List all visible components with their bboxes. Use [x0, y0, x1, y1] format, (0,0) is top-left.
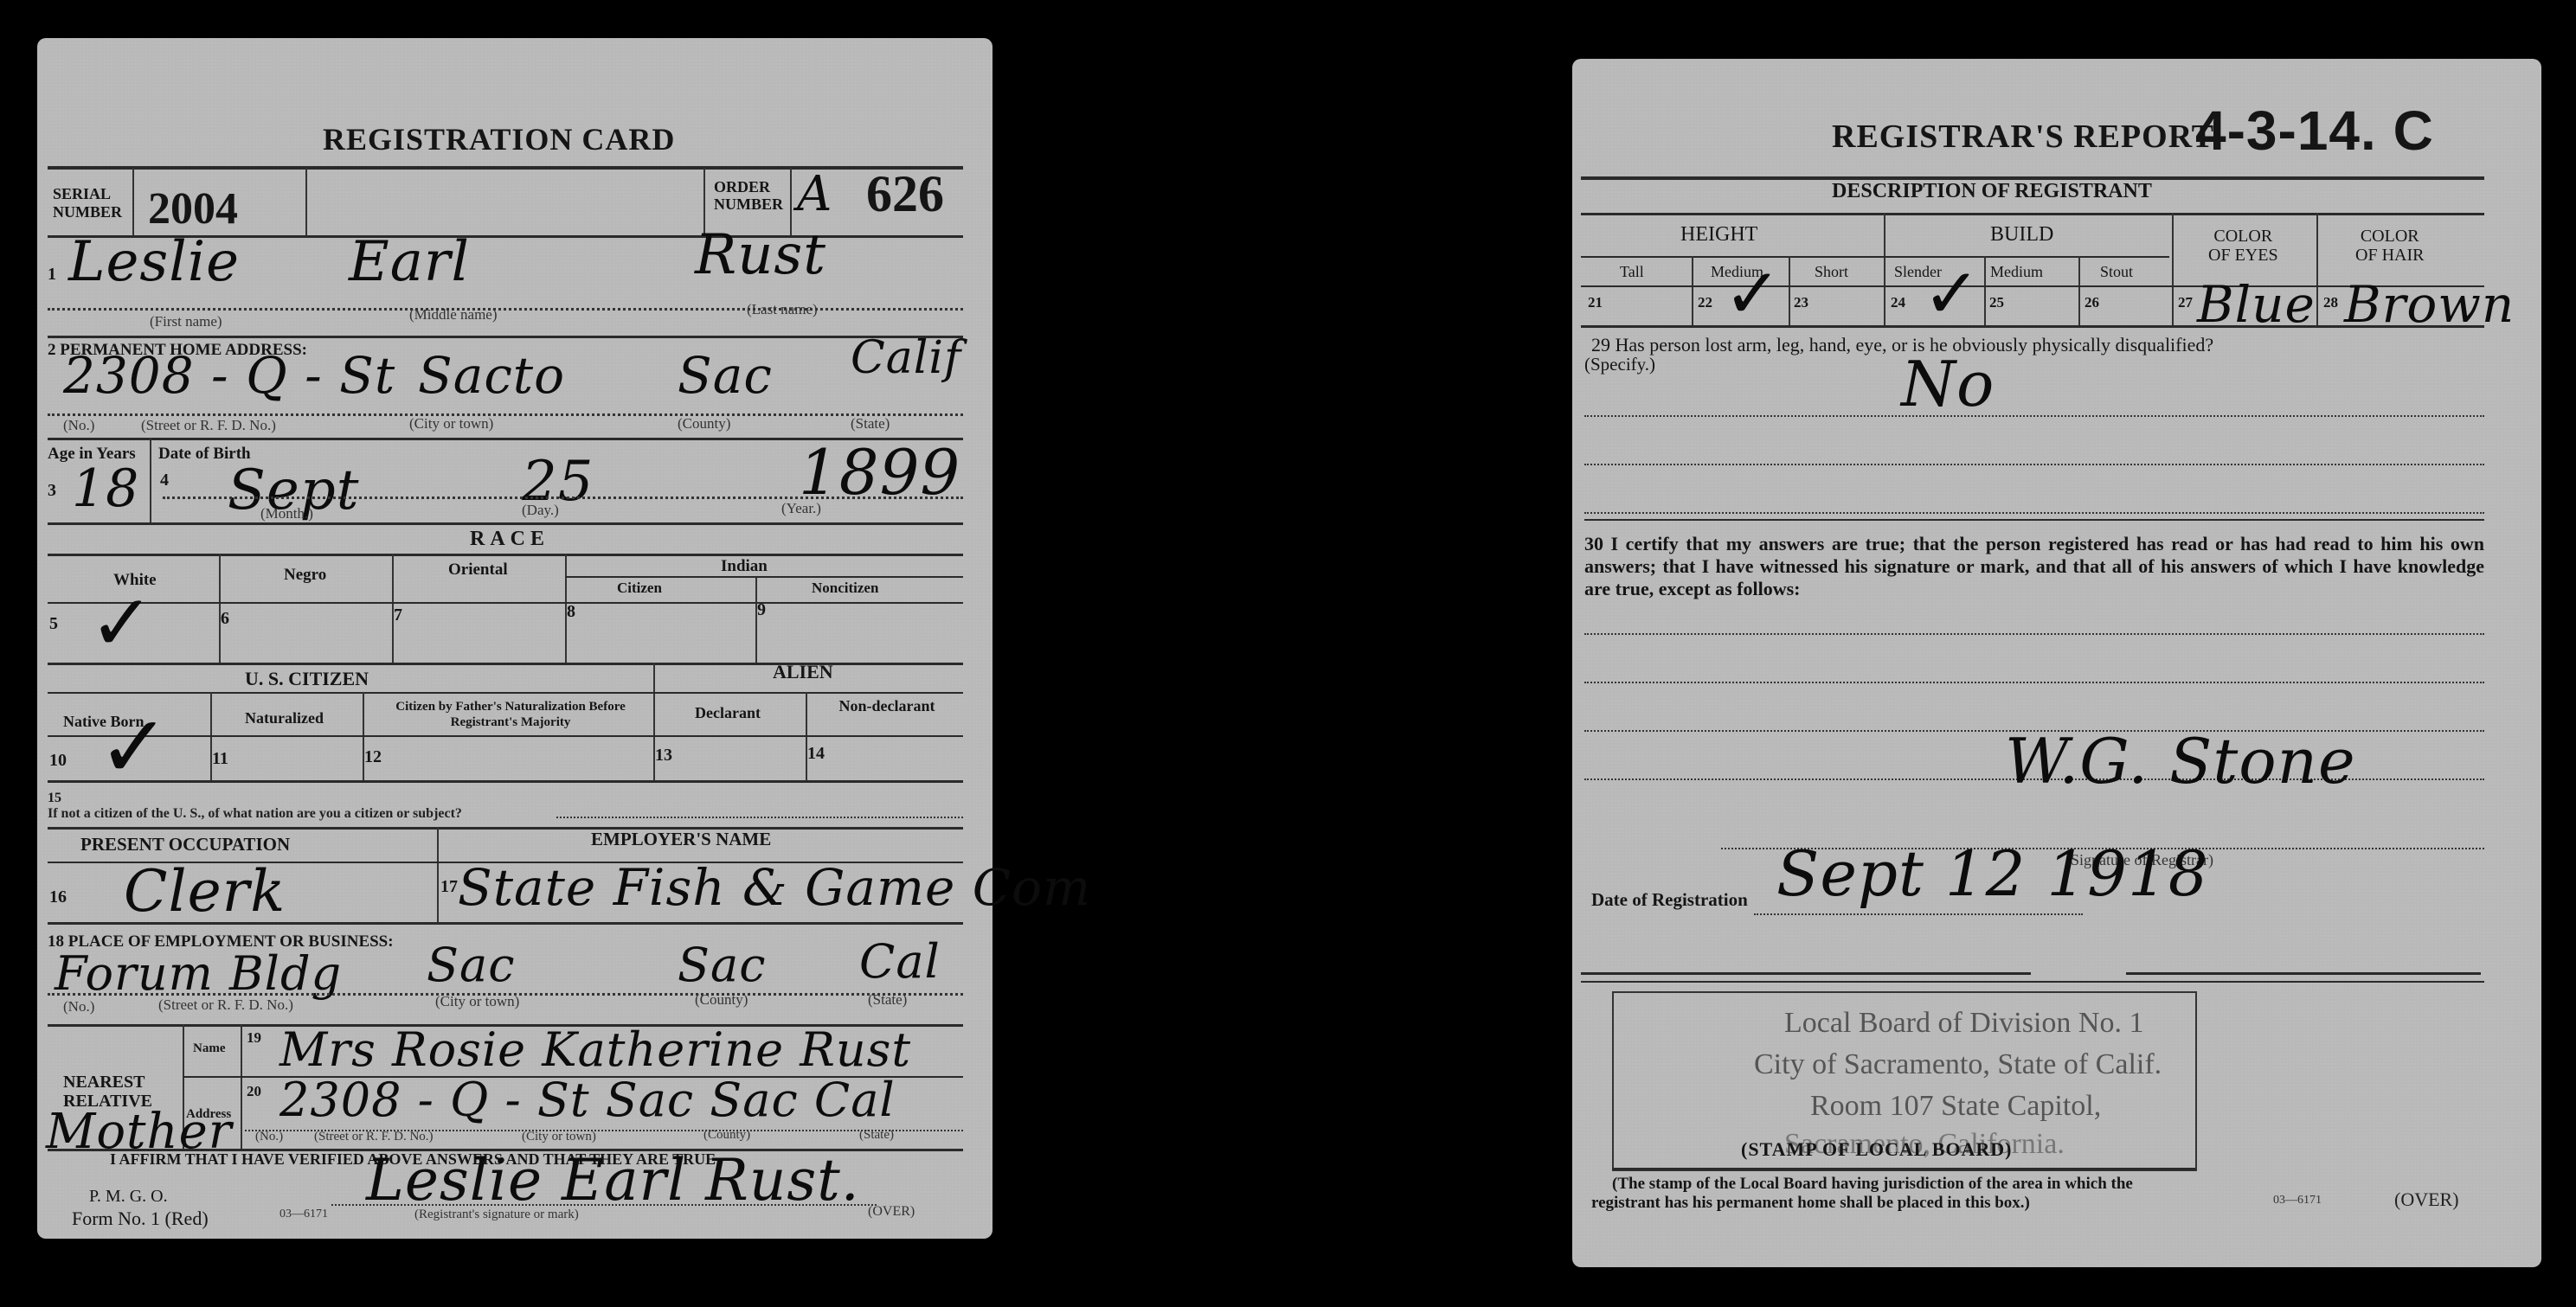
q30-text: 30 I certify that my answers are true; t…: [1584, 533, 2484, 600]
caption: (Middle name): [409, 306, 498, 324]
divider: [1789, 256, 1790, 325]
height-heading: HEIGHT: [1680, 223, 1757, 247]
over-label: (OVER): [2394, 1188, 2459, 1211]
divider: [437, 827, 439, 922]
build-medium-header: Medium: [1990, 263, 2043, 281]
field-number: 10: [49, 751, 67, 771]
divider: [1754, 913, 2083, 915]
field-number: 22: [1698, 294, 1712, 311]
caption: (State): [859, 1128, 894, 1143]
divider: [1584, 633, 2484, 635]
middle-name: Earl: [349, 230, 470, 294]
caption: (No.): [255, 1130, 283, 1144]
field-number: 19: [247, 1029, 261, 1047]
registrar-report-title: REGISTRAR'S REPORT: [1832, 118, 2214, 156]
divider: [1581, 972, 2031, 975]
order-label: ORDERNUMBER: [714, 178, 783, 213]
native-born-checkbox: ✓: [98, 704, 170, 791]
divider: [2078, 256, 2080, 325]
race-indian-citizen-header: Citizen: [617, 580, 662, 597]
order-number: 626: [866, 164, 944, 224]
form-number: Form No. 1 (Red): [72, 1208, 209, 1230]
field-number: 9: [757, 600, 766, 620]
caption: (Street or R. F. D. No.): [158, 996, 293, 1014]
report-code: 4-3-14. C: [2195, 99, 2434, 163]
divider: [1581, 981, 2484, 983]
field-number: 27: [2178, 294, 2193, 311]
stamp-line: Local Board of Division No. 1: [1784, 1007, 2144, 1040]
field-number: 14: [807, 744, 825, 764]
text: OF HAIR: [2355, 246, 2424, 265]
q29-answer: No: [1901, 348, 1995, 420]
field-number: 1: [48, 265, 56, 285]
stamp-line: City of Sacramento, State of Calif.: [1754, 1048, 2162, 1081]
field-number: 7: [394, 605, 402, 625]
dotted-line: [48, 308, 963, 311]
caption: (City or town): [435, 993, 519, 1010]
card-title: REGISTRATION CARD: [323, 121, 675, 157]
serial-label: SERIALNUMBER: [53, 185, 122, 221]
text: NUMBER: [53, 203, 122, 221]
divider: [1584, 464, 2484, 465]
last-name: Rust: [695, 223, 826, 287]
stamp-note: (The stamp of the Local Board having jur…: [1591, 1175, 2197, 1213]
field-number: 20: [247, 1083, 261, 1100]
employment-state: Cal: [859, 934, 941, 989]
nation-question: If not a citizen of the U. S., of what n…: [48, 806, 462, 822]
text: SERIAL: [53, 185, 111, 202]
employer-label: EMPLOYER'S NAME: [591, 829, 771, 850]
relative-address: 2308 - Q - St Sac Sac Cal: [279, 1073, 896, 1127]
q29-specify: (Specify.): [1584, 353, 1655, 375]
field-number: 13: [655, 746, 672, 766]
divider: [48, 602, 963, 604]
form-code: 03—6171: [2273, 1194, 2322, 1208]
height-tall-header: Tall: [1620, 263, 1644, 281]
height-short-header: Short: [1815, 263, 1848, 281]
divider: [331, 1204, 877, 1206]
divider: [1581, 256, 2169, 258]
registration-date-label: Date of Registration: [1591, 889, 1748, 911]
divider: [150, 438, 151, 522]
field-number: 25: [1989, 294, 2004, 311]
stamp-line: Room 107 State Capitol,: [1810, 1090, 2101, 1123]
race-negro-header: Negro: [284, 566, 326, 585]
caption: (State): [851, 415, 890, 432]
divider: [2316, 213, 2318, 325]
alien-heading: ALIEN: [773, 661, 833, 683]
text: NEAREST: [63, 1073, 145, 1092]
divider: [241, 1024, 242, 1149]
caption: (Street or R. F. D. No.): [314, 1130, 434, 1144]
divider: [1584, 682, 2484, 683]
field-number: 21: [1588, 294, 1603, 311]
divider: [48, 336, 963, 338]
home-address-street: 2308 - Q - St: [63, 346, 395, 405]
divider: [2126, 972, 2481, 975]
text: ORDER: [714, 178, 770, 195]
non-declarant-header: Non-declarant: [826, 697, 948, 714]
divider: [1581, 325, 2484, 328]
caption: (County): [678, 415, 730, 432]
description-heading: DESCRIPTION OF REGISTRANT: [1832, 180, 2152, 203]
field-number: 23: [1794, 294, 1808, 311]
field-number: 16: [49, 887, 67, 907]
occupation-value: Clerk: [124, 858, 286, 925]
occupation-label: PRESENT OCCUPATION: [80, 834, 290, 855]
employment-county: Sac: [678, 938, 766, 992]
field-number: 11: [212, 749, 228, 769]
text: COLOR: [2361, 227, 2419, 246]
field-number: 17: [440, 877, 458, 897]
field-number: 5: [49, 614, 58, 634]
text: 2: [48, 341, 56, 359]
field-number: 8: [567, 602, 575, 622]
form-code: 03—6171: [279, 1208, 328, 1221]
field-number: 3: [48, 481, 56, 501]
divider: [48, 554, 963, 556]
field-number: 4: [160, 471, 169, 490]
caption: (City or town): [522, 1130, 596, 1144]
divider: [48, 827, 963, 830]
caption: (Street or R. F. D. No.): [141, 417, 276, 434]
race-white-checkbox: ✓: [89, 585, 154, 663]
employment-city: Sac: [427, 938, 515, 992]
field-number: 26: [2085, 294, 2099, 311]
registrar-signature: W.G. Stone: [2005, 725, 2356, 798]
race-oriental-header: Oriental: [448, 561, 508, 580]
caption: (County): [695, 991, 748, 1009]
caption: (First name): [150, 313, 222, 330]
divider: [48, 922, 963, 925]
build-slender-checkbox: ✓: [1923, 259, 1981, 329]
text: OF EYES: [2208, 246, 2278, 265]
divider: [1692, 256, 1693, 325]
divider: [48, 522, 963, 525]
caption: (Year.): [781, 500, 821, 517]
caption: (Last name): [747, 301, 818, 318]
dotted-line: [163, 497, 963, 499]
caption: (Month.): [260, 505, 313, 522]
caption: (Day.): [522, 502, 559, 519]
relative-name: Mrs Rosie Katherine Rust: [279, 1022, 911, 1077]
home-address-city: Sacto: [418, 346, 565, 405]
build-heading: BUILD: [1990, 223, 2053, 247]
dotted-line: [48, 413, 963, 416]
stamp-caption: (STAMP OF LOCAL BOARD): [1741, 1138, 2013, 1161]
relative-address-label: Address: [186, 1107, 231, 1122]
divider: [219, 554, 221, 663]
field-number: 6: [221, 609, 229, 629]
registration-card-front: REGISTRATION CARD SERIALNUMBER 2004 ORDE…: [37, 38, 992, 1239]
caption: (City or town): [409, 415, 493, 432]
divider: [2172, 213, 2174, 325]
caption: (County): [703, 1128, 750, 1143]
registration-date-value: Sept 12 1918: [1776, 837, 2209, 910]
height-medium-checkbox: ✓: [1724, 259, 1782, 329]
divider: [48, 780, 963, 783]
divider: [1581, 213, 2484, 215]
father-naturalization-header: Citizen by Father's Naturalization Befor…: [376, 699, 645, 730]
home-address-county: Sac: [678, 346, 773, 405]
field-number: 24: [1891, 294, 1905, 311]
divider: [305, 168, 307, 235]
eye-color-heading: COLOROF EYES: [2208, 227, 2278, 265]
declarant-header: Declarant: [695, 704, 761, 722]
divider: [48, 692, 963, 694]
employer-value: State Fish & Game Com: [458, 858, 1091, 917]
age-value: 18: [72, 458, 139, 519]
over-label: (OVER): [868, 1204, 915, 1220]
relative-name-label: Name: [193, 1041, 226, 1056]
divider: [48, 735, 963, 737]
build-stout-header: Stout: [2100, 263, 2133, 281]
text: COLOR: [2213, 227, 2272, 246]
caption: (No.): [63, 998, 94, 1015]
caption: (State): [868, 991, 907, 1009]
us-citizen-heading: U. S. CITIZEN: [245, 668, 369, 690]
home-address-state: Calif: [851, 332, 961, 384]
signature-caption: (Registrant's signature or mark): [414, 1208, 579, 1222]
pmgo-label: P. M. G. O.: [89, 1187, 168, 1207]
divider: [1584, 415, 2484, 417]
field-number: 12: [364, 747, 382, 767]
race-indian-noncitizen-header: Noncitizen: [812, 580, 878, 597]
field-number: 28: [2323, 294, 2338, 311]
order-prefix: A: [797, 166, 832, 222]
text: NUMBER: [714, 195, 783, 213]
divider: [1612, 1168, 2195, 1170]
field-number: 15: [48, 791, 61, 806]
race-heading: RACE: [470, 528, 549, 551]
first-name: Leslie: [68, 230, 240, 294]
divider: [1584, 512, 2484, 514]
divider: [1984, 256, 1986, 325]
divider: [556, 817, 963, 818]
naturalized-header: Naturalized: [245, 709, 324, 727]
race-indian-header: Indian: [721, 557, 768, 576]
registration-card-back: REGISTRAR'S REPORT 4-3-14. C DESCRIPTION…: [1572, 59, 2541, 1267]
divider: [132, 168, 134, 235]
divider: [565, 576, 963, 578]
divider: [1584, 519, 2484, 521]
serial-number: 2004: [148, 183, 238, 234]
divider: [1884, 213, 1885, 325]
caption: (No.): [63, 417, 94, 434]
hair-color-heading: COLOROF HAIR: [2355, 227, 2424, 265]
